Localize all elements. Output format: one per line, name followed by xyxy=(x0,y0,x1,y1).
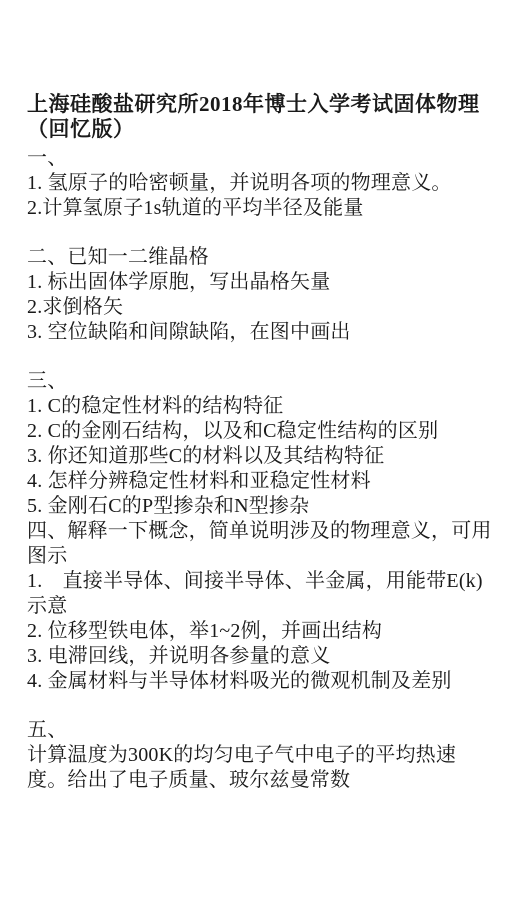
question-item: 计算温度为300K的均匀电子气中电子的平均热速度。给出了电子质量、玻尔兹曼常数 xyxy=(27,743,493,793)
question-item: 3. 空位缺陷和间隙缺陷，在图中画出 xyxy=(27,320,493,345)
question-item: 5. 金刚石C的P型掺杂和N型掺杂 xyxy=(27,494,493,519)
question-item: 4. 金属材料与半导体材料吸光的微观机制及差别 xyxy=(27,669,493,694)
question-item: 1. 氢原子的哈密顿量，并说明各项的物理意义。 xyxy=(27,171,493,196)
question-item: 2. 位移型铁电体，举1~2例，并画出结构 xyxy=(27,619,493,644)
question-item: 3. 电滞回线，并说明各参量的意义 xyxy=(27,644,493,669)
document-page: 上海硅酸盐研究所2018年博士入学考试固体物理（回忆版） 一、 1. 氢原子的哈… xyxy=(0,0,506,900)
section-4: 四、解释一下概念，简单说明涉及的物理意义，可用图示 1. 直接半导体、间接半导体… xyxy=(27,519,493,694)
section-1: 一、 1. 氢原子的哈密顿量，并说明各项的物理意义。 2.计算氢原子1s轨道的平… xyxy=(27,146,493,221)
question-item: 2.计算氢原子1s轨道的平均半径及能量 xyxy=(27,196,493,221)
question-item: 4. 怎样分辨稳定性材料和亚稳定性材料 xyxy=(27,469,493,494)
document-title: 上海硅酸盐研究所2018年博士入学考试固体物理（回忆版） xyxy=(27,92,493,142)
section-3: 三、 1. C的稳定性材料的结构特征 2. C的金刚石结构，以及和C稳定性结构的… xyxy=(27,369,493,519)
section-4-heading: 四、解释一下概念，简单说明涉及的物理意义，可用图示 xyxy=(27,519,493,569)
section-5: 五、 计算温度为300K的均匀电子气中电子的平均热速度。给出了电子质量、玻尔兹曼… xyxy=(27,718,493,793)
question-item: 2.求倒格矢 xyxy=(27,295,493,320)
section-2-heading: 二、已知一二维晶格 xyxy=(27,245,493,270)
question-item: 3. 你还知道那些C的材料以及其结构特征 xyxy=(27,444,493,469)
question-item: 1. 标出固体学原胞，写出晶格矢量 xyxy=(27,270,493,295)
section-3-heading: 三、 xyxy=(27,369,493,394)
section-2: 二、已知一二维晶格 1. 标出固体学原胞，写出晶格矢量 2.求倒格矢 3. 空位… xyxy=(27,245,493,345)
question-item: 1. 直接半导体、间接半导体、半金属，用能带E(k)示意 xyxy=(27,569,493,619)
section-5-heading: 五、 xyxy=(27,718,493,743)
question-item: 1. C的稳定性材料的结构特征 xyxy=(27,394,493,419)
question-item: 2. C的金刚石结构，以及和C稳定性结构的区别 xyxy=(27,419,493,444)
section-1-heading: 一、 xyxy=(27,146,493,171)
document-content: 上海硅酸盐研究所2018年博士入学考试固体物理（回忆版） 一、 1. 氢原子的哈… xyxy=(0,0,506,793)
